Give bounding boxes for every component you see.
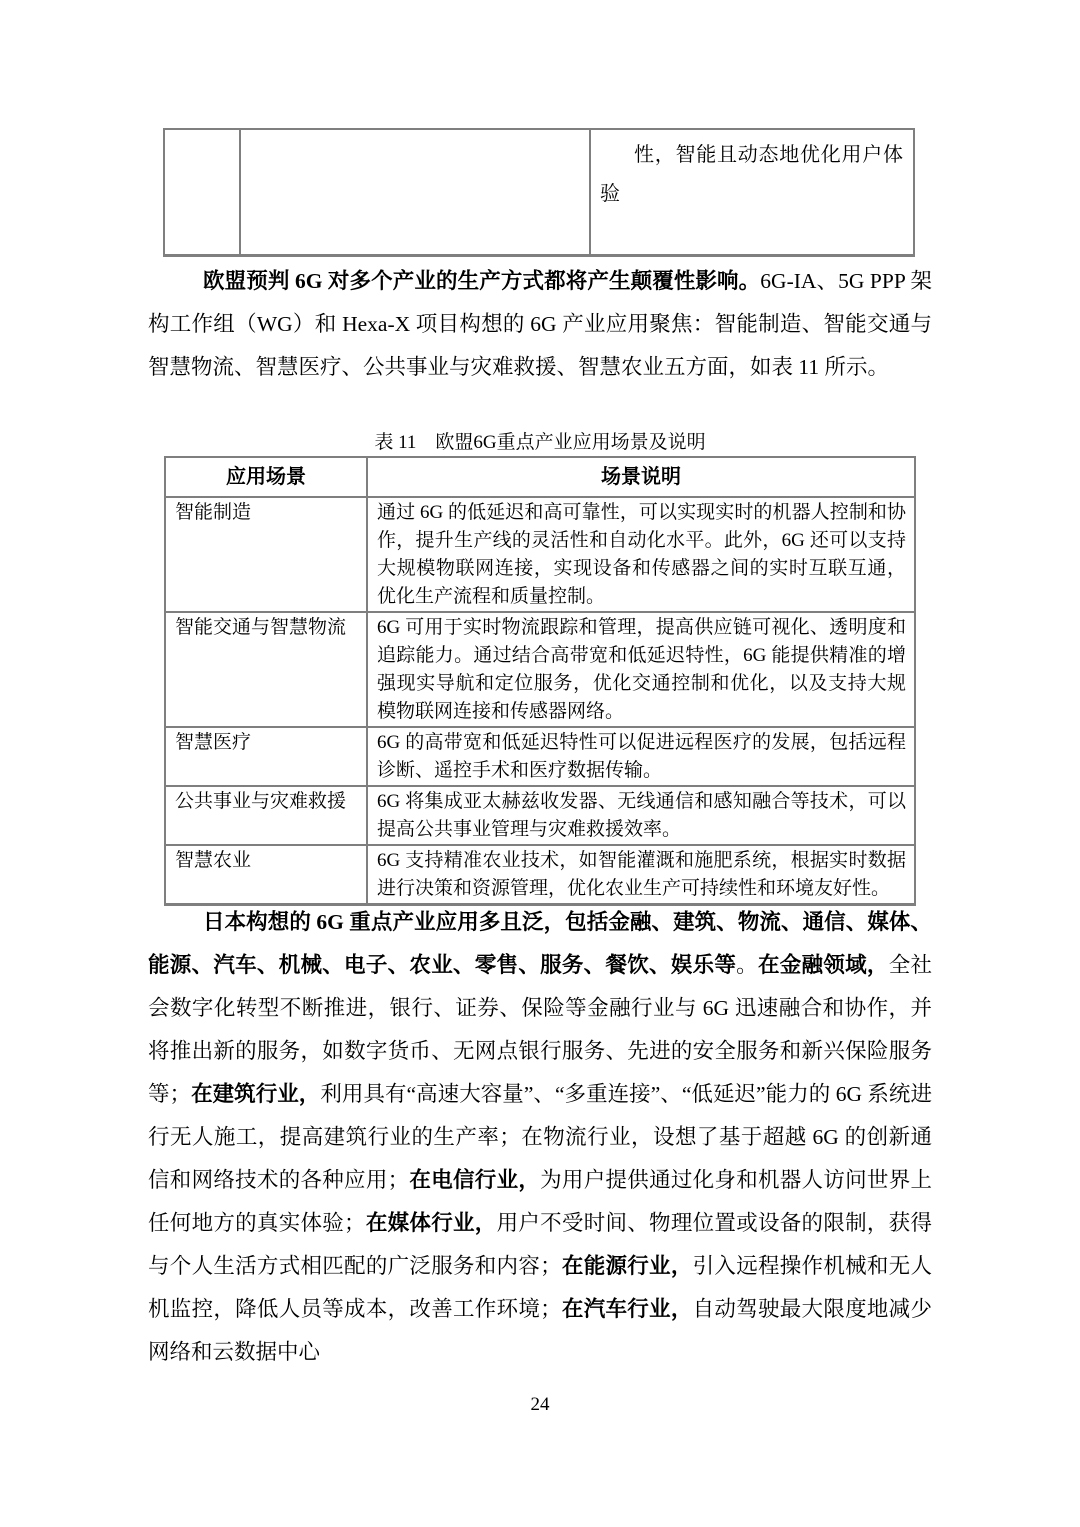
- paragraph-japan-6g-industries: 日本构想的 6G 重点产业应用多且泛，包括金融、建筑、物流、通信、媒体、能源、汽…: [148, 901, 932, 1374]
- table-row: 智慧医疗 6G 的高带宽和低延迟特性可以促进远程医疗的发展，包括远程诊断、遥控手…: [165, 727, 915, 786]
- table-row: 公共事业与灾难救援 6G 将集成亚太赫兹收发器、无线通信和感知融合等技术，可以提…: [165, 786, 915, 845]
- table-row: 智能交通与智慧物流 6G 可用于实时物流跟踪和管理，提高供应链可视化、透明度和追…: [165, 612, 915, 727]
- continued-text-line: 性，智能且动态地优化用户体: [600, 136, 903, 175]
- paragraph-eu-6g-industries: 欧盟预判 6G 对多个产业的生产方式都将产生颠覆性影响。6G-IA、5G PPP…: [148, 260, 932, 389]
- table-cell-empty: [241, 130, 591, 254]
- header-cell-description: 场景说明: [367, 457, 915, 497]
- cell-description: 6G 将集成亚太赫兹收发器、无线通信和感知融合等技术，可以提高公共事业管理与灾难…: [367, 786, 915, 845]
- cell-scenario: 公共事业与灾难救援: [165, 786, 367, 845]
- continued-table-fragment: 性，智能且动态地优化用户体 验: [163, 128, 915, 257]
- cell-description: 通过 6G 的低延迟和高可靠性，可以实现实时的机器人控制和协作，提升生产线的灵活…: [367, 497, 915, 612]
- cell-scenario: 智慧农业: [165, 845, 367, 905]
- cell-scenario: 智能制造: [165, 497, 367, 612]
- cell-description: 6G 可用于实时物流跟踪和管理，提高供应链可视化、透明度和追踪能力。通过结合高带…: [367, 612, 915, 727]
- cell-scenario: 智慧医疗: [165, 727, 367, 786]
- table-row: 智慧农业 6G 支持精准农业技术，如智能灌溉和施肥系统，根据实时数据进行决策和资…: [165, 845, 915, 905]
- table-cell-continued-text: 性，智能且动态地优化用户体 验: [591, 130, 913, 254]
- document-page: 性，智能且动态地优化用户体 验 欧盟预判 6G 对多个产业的生产方式都将产生颠覆…: [0, 0, 1080, 1527]
- table-cell-empty: [165, 130, 241, 254]
- cell-description: 6G 支持精准农业技术，如智能灌溉和施肥系统，根据实时数据进行决策和资源管理，优…: [367, 845, 915, 905]
- table-row: 智能制造 通过 6G 的低延迟和高可靠性，可以实现实时的机器人控制和协作，提升生…: [165, 497, 915, 612]
- page-number: 24: [0, 1394, 1080, 1416]
- table11-caption: 表 11 欧盟6G重点产业应用场景及说明: [164, 431, 916, 455]
- cell-description: 6G 的高带宽和低延迟特性可以促进远程医疗的发展，包括远程诊断、遥控手术和医疗数…: [367, 727, 915, 786]
- table-header-row: 应用场景 场景说明: [165, 457, 915, 497]
- table11-eu-6g-scenarios: 应用场景 场景说明 智能制造 通过 6G 的低延迟和高可靠性，可以实现实时的机器…: [164, 456, 916, 906]
- continued-text-line: 验: [600, 175, 903, 214]
- header-cell-scenario: 应用场景: [165, 457, 367, 497]
- cell-scenario: 智能交通与智慧物流: [165, 612, 367, 727]
